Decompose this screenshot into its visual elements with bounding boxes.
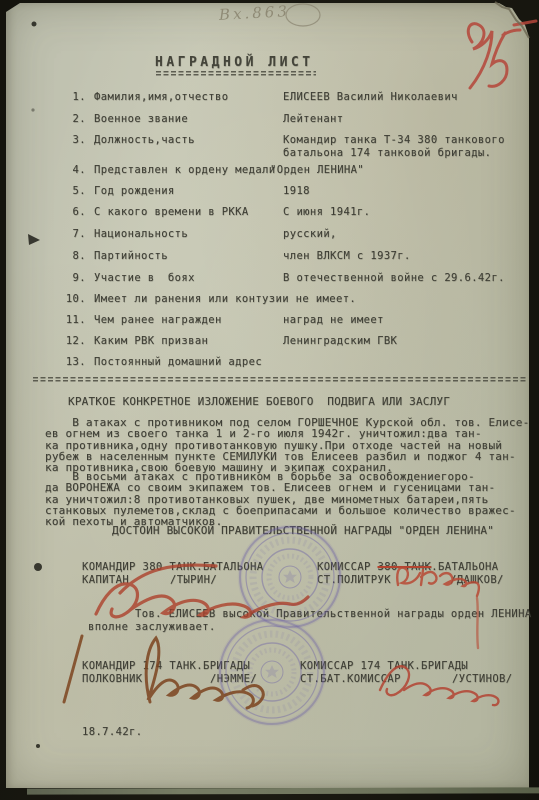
field-value: наград не имеет	[283, 314, 384, 327]
endorsement-line-2: вполне заслуживает.	[88, 621, 216, 633]
brigade-commander-title: КОМАНДИР 174 ТАНК.БРИГАДЫ	[82, 660, 250, 672]
field-number: 6.	[56, 206, 86, 218]
brigade-commissar-title: КОМИССАР 174 ТАНК.БРИГАДЫ	[300, 660, 468, 672]
field-value: Командир танка Т-34 380 танкового баталь…	[283, 134, 505, 160]
field-label: Представлен к ордену медали	[94, 164, 275, 176]
field-label: Фамилия,имя,отчество	[94, 91, 228, 103]
award-field-row: 7.Национальностьрусский,	[0, 228, 539, 241]
field-number: 5.	[56, 185, 86, 197]
award-field-row: 6.С какого времени в РККАС июня 1941г.	[0, 206, 539, 219]
section-divider	[33, 377, 527, 382]
field-number: 12.	[56, 335, 86, 347]
field-number: 11.	[56, 314, 86, 326]
battalion-commissar-title-pre: КОМИССАР	[317, 561, 378, 573]
battalion-commander-rank: КАПИТАН	[82, 574, 129, 586]
field-number: 1.	[56, 91, 86, 103]
field-label: Чем ранее награжден	[94, 314, 222, 326]
field-value: "Орден ЛЕНИНА"	[270, 164, 364, 177]
field-value: Ленинградским ГВК	[283, 335, 397, 348]
field-label: Постоянный домашний адрес	[94, 356, 262, 368]
award-field-row: 11.Чем ранее награжденнаград не имеет	[0, 314, 539, 327]
field-label: Должность,часть	[94, 134, 195, 146]
field-number: 13.	[56, 356, 86, 368]
field-value: ЕЛИСЕЕВ Василий Николаевич	[283, 91, 458, 104]
feat-paragraph-2: В восьми атаках с противником в борьбе з…	[45, 471, 516, 527]
endorsement-line-1: Тов. ЕЛИСЕЕВ высокой Правительственной н…	[135, 608, 532, 620]
feat-paragraph-1: В атаках с противником под селом ГОРШЕЧН…	[45, 417, 529, 473]
field-number: 4.	[56, 164, 86, 176]
battalion-commander-name: /ТЫРИН/	[170, 574, 217, 586]
field-number: 9.	[56, 272, 86, 284]
award-field-row: 9.Участие в бояхВ отечественной войне с …	[0, 272, 539, 285]
battalion-commissar-name: /ДАШКОВ/	[450, 574, 504, 586]
field-value: русский,	[283, 228, 337, 241]
award-field-row: 13.Постоянный домашний адрес	[0, 356, 539, 369]
field-number: 2.	[56, 113, 86, 125]
battalion-commander-title: КОМАНДИР 380 ТАНК.БАТАЛЬОНА	[82, 561, 263, 573]
award-field-row: 12.Каким РВК призванЛенинградским ГВК	[0, 335, 539, 348]
field-value: В отечественной войне с 29.6.42г.	[283, 272, 505, 285]
field-label: Партийность	[94, 250, 168, 262]
award-field-row: 2.Военное званиеЛейтенант	[0, 113, 539, 126]
field-label: Каким РВК призван	[94, 335, 208, 347]
field-number: 8.	[56, 250, 86, 262]
award-field-row: 4.Представлен к ордену медали"Орден ЛЕНИ…	[0, 164, 539, 177]
award-field-row: 5.Год рождения1918	[0, 185, 539, 198]
field-value: член ВЛКСМ с 1937г.	[283, 250, 411, 263]
field-value: 1918	[283, 185, 310, 198]
brigade-commander-name: /НЭММЕ/	[210, 673, 257, 685]
feat-heading: КРАТКОЕ КОНКРЕТНОЕ ИЗЛОЖЕНИЕ БОЕВОГО ПОД…	[68, 396, 450, 407]
battalion-commissar-title-post: .БАТАЛЬОНА	[431, 561, 498, 573]
award-field-row: 3.Должность,частьКомандир танка Т-34 380…	[0, 134, 539, 147]
award-field-row: 10.Имеет ли ранения или контузии не имее…	[0, 293, 539, 306]
brigade-commissar-rank: СТ.БАТ.КОМИССАР	[300, 673, 401, 685]
field-number: 10.	[56, 293, 86, 305]
battalion-commissar-rank: СТ.ПОЛИТРУК	[317, 574, 391, 586]
award-field-row: 1.Фамилия,имя,отчествоЕЛИСЕЕВ Василий Ни…	[0, 91, 539, 104]
battalion-commissar-title-struck: 380 ТАНК	[378, 561, 432, 573]
field-label: Имеет ли ранения или контузии не имеет.	[94, 293, 356, 305]
bottom-page-edge	[27, 787, 539, 794]
brigade-commander-rank: ПОЛКОВНИК	[82, 673, 143, 685]
title-underline	[156, 71, 316, 76]
brigade-commissar-name: /УСТИНОВ/	[452, 673, 513, 685]
field-label: Военное звание	[94, 113, 188, 125]
field-value: Лейтенант	[283, 113, 344, 126]
field-label: С какого времени в РККА	[94, 206, 249, 218]
award-field-row: 8.Партийностьчлен ВЛКСМ с 1937г.	[0, 250, 539, 263]
field-label: Год рождения	[94, 185, 175, 197]
field-label: Участие в боях	[94, 272, 195, 284]
battalion-commissar-title: КОМИССАР 380 ТАНК.БАТАЛЬОНА	[317, 561, 499, 573]
pencil-inventory-number: Вх.863	[219, 2, 291, 24]
field-label: Национальность	[94, 228, 188, 240]
verdict-line: ДОСТОИН ВЫСОКОЙ ПРАВИТЕЛЬСТВЕННОЙ НАГРАД…	[112, 525, 494, 536]
document-title: НАГРАДНОЙ ЛИСТ	[155, 55, 314, 70]
field-number: 7.	[56, 228, 86, 240]
document-scan: Вх.863 НАГРАДНОЙ ЛИСТ 1.Фамилия,имя,отче…	[0, 0, 539, 800]
field-number: 3.	[56, 134, 86, 146]
field-value: С июня 1941г.	[283, 206, 370, 219]
document-date: 18.7.42г.	[82, 726, 143, 738]
